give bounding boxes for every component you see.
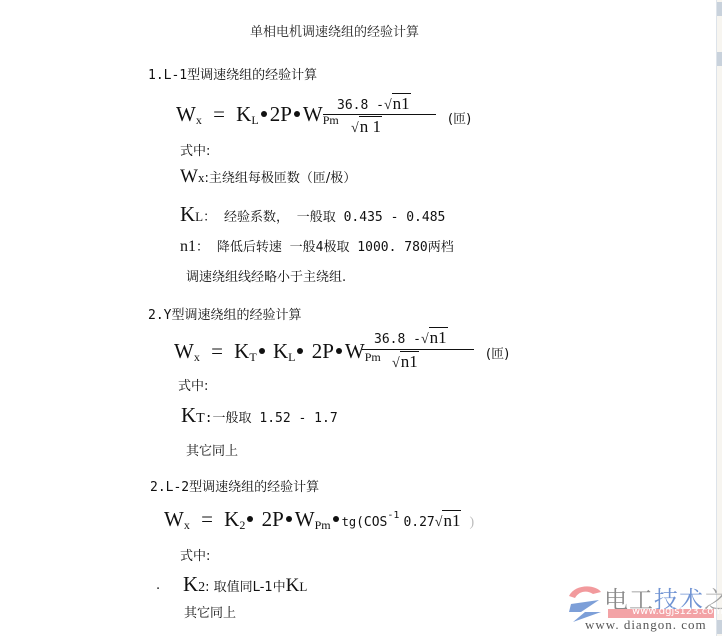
section-heading: 2.Y型调速绕组的经验计算 [148,304,301,323]
fraction-denominator: √n 1 [351,117,382,137]
unit-label: (匝) [448,108,471,127]
watermark-url: www. diangon. com [585,617,707,633]
sqrt-symbol: √n1 [384,94,411,114]
sqrt-symbol: √n1 [392,352,419,372]
side-marker [717,2,722,16]
fraction-numerator: 36.8 -√n1 [337,94,411,114]
multiply-dot [259,348,265,354]
multiply-dot [286,516,292,522]
multiply-dot [294,111,300,117]
definition-row: Wx:主绕组每极匝数（匝/极） [180,166,356,188]
note-text: 其它同上 [184,602,236,621]
formula-lhs: Wx = KT KL 2PWPm [174,339,381,365]
fraction-bar [323,114,436,115]
note-text: 其它同上 [186,440,238,459]
section-heading: 1.L-1型调速绕组的经验计算 [148,64,317,83]
formula-lhs: Wx = KL2PWPm [176,102,339,128]
document-title: 单相电机调速绕组的经验计算 [250,21,419,40]
sqrt-symbol: √n1 [421,328,448,348]
formula-lhs: Wx = K2 2PWPmtg(COS-10.27√n1) [164,507,474,533]
multiply-dot [336,348,342,354]
definition-row: n1： 降低后转速 一般4极取 1000. 780两档 [180,236,454,256]
side-strip [717,0,722,636]
definition-row: KL： 经验系数， 一般取 0.435 - 0.485 [180,202,445,227]
stray-mark: . [156,578,160,593]
fraction-denominator: √n1 [392,352,419,372]
unit-label: (匝) [486,343,509,362]
fraction-bar [362,349,474,350]
multiply-dot [261,111,267,117]
multiply-dot [297,348,303,354]
sqrt-symbol: √n 1 [351,117,382,137]
side-marker [717,52,722,66]
watermark-band-text: www.dgjs123.com [632,606,722,617]
side-marker [717,620,722,634]
where-label: 式中: [180,140,210,159]
definition-row: K2: 取值同L-1中KL [183,572,307,597]
section-heading: 2.L-2型调速绕组的经验计算 [150,476,319,495]
where-label: 式中: [180,545,210,564]
note-text: 调速绕组线经略小于主绕组. [186,266,346,285]
definition-row: KT:一般取 1.52 - 1.7 [181,403,338,428]
multiply-dot [333,516,339,522]
sqrt-symbol: √n1 [435,507,462,532]
multiply-dot [247,516,253,522]
fraction-numerator: 36.8 -√n1 [374,328,448,348]
where-label: 式中: [178,375,208,394]
